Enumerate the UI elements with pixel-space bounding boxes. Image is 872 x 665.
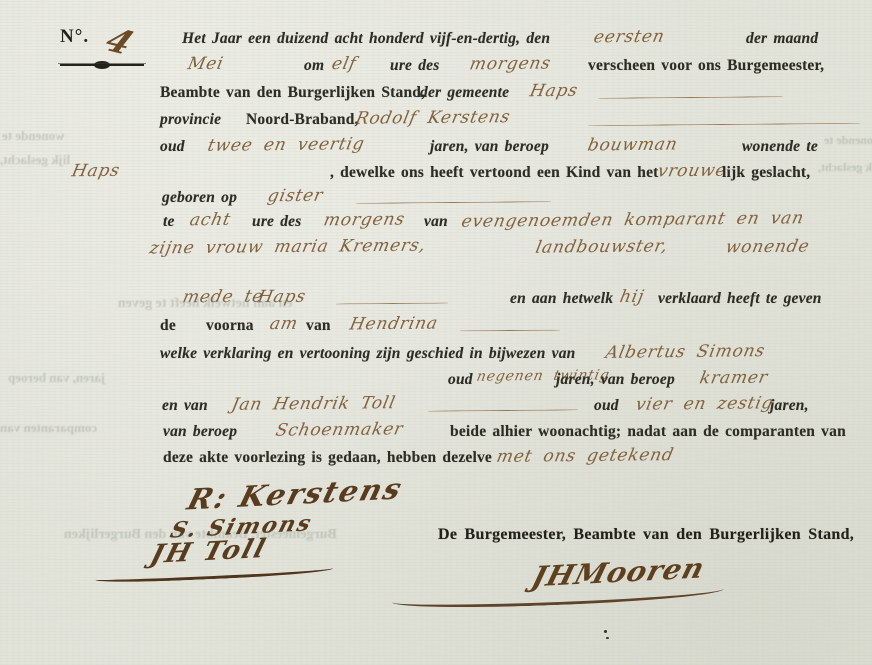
official-title-text: De Burgemeester, Beambte van den Burgerl… (438, 526, 854, 544)
handwritten-entry: Rodolf Kerstens (354, 107, 512, 129)
printed-form-text: Beambte van den Burgerlijken Stand, (160, 84, 425, 102)
act-line-4: provincieNoord-Braband,Rodolf Kerstens (0, 109, 872, 135)
bleed-through-text: wonende te (824, 133, 872, 148)
handwritten-entry: hij (618, 287, 646, 307)
handwritten-entry: evengenoemden komparant en van (460, 208, 806, 232)
printed-form-text: oud (160, 138, 185, 156)
blank-field-rule (336, 303, 448, 305)
printed-form-text: deze akte voorlezing is gedaan, hebben d… (163, 449, 492, 467)
printed-form-text: jaren, van beroep (430, 138, 549, 156)
handwritten-entry: vier en zestig (634, 393, 775, 414)
bleed-through-text: wonende te (2, 128, 64, 144)
printed-form-text: van (424, 213, 448, 231)
bleed-through-text: jaren, van beroep (8, 370, 105, 386)
printed-form-text: welke verklaring en vertooning zijn gesc… (160, 345, 576, 363)
act-line-12: welke verklaring en vertooning zijn gesc… (0, 343, 872, 369)
handwritten-entry: morgens (468, 54, 553, 75)
handwritten-entry: landbouwster, (534, 236, 670, 257)
printed-form-text: der maand (746, 30, 818, 48)
act-line-6: Haps, dewelke ons heeft vertoond een Kin… (0, 162, 872, 188)
act-line-5: oudtwee en veertigjaren, van beroepbouwm… (0, 136, 872, 162)
bleed-through-text: comparanten van (0, 420, 97, 436)
witness-signature-kerstens: R: Kerstens (184, 472, 407, 517)
handwritten-entry: elf (330, 54, 358, 74)
handwritten-entry: Jan Hendrik Toll (230, 393, 398, 415)
act-line-9: zijne vrouw maria Kremers,landbouwster,w… (0, 238, 872, 264)
bleed-through-text: en aan hetwelk heeft te geven (118, 296, 293, 312)
printed-form-text: ure des (252, 213, 301, 231)
act-line-16: deze akte voorlezing is gedaan, hebben d… (0, 447, 872, 473)
handwritten-entry: Hendrina (348, 314, 440, 335)
handwritten-entry: zijne vrouw maria Kremers, (148, 236, 428, 259)
handwritten-entry: Albertus Simons (604, 341, 767, 363)
act-line-14: en vanJan Hendrik Tolloudvier en zestigj… (0, 395, 872, 421)
blank-field-rule (588, 123, 860, 126)
act-line-1: Het Jaar een duizend acht honderd vijf-e… (0, 28, 872, 54)
printed-form-text: Het Jaar een duizend acht honderd vijf-e… (182, 30, 550, 48)
handwritten-entry: vrouwe (656, 161, 729, 182)
blank-field-rule (460, 330, 560, 332)
handwritten-entry: Haps (528, 81, 580, 101)
printed-form-text: oud (448, 371, 473, 389)
blank-field-rule (598, 96, 783, 99)
printed-form-text: der gemeente (420, 84, 509, 102)
printed-form-text: voorna (206, 317, 254, 335)
handwritten-entry: Haps (70, 161, 122, 181)
printed-form-text: verklaard heeft te geven (658, 290, 822, 308)
handwritten-entry: Mei (186, 54, 225, 74)
printed-form-text: jaren, van beroep (556, 371, 675, 389)
printed-form-text: jaren, (770, 397, 809, 415)
printed-form-text: te (163, 213, 175, 231)
handwritten-entry: bouwman (586, 135, 680, 156)
printed-form-text: van beroep (163, 423, 237, 441)
printed-form-text: oud (594, 397, 619, 415)
handwritten-entry: kramer (698, 368, 770, 389)
ink-speck (604, 630, 607, 633)
birth-certificate-scan: N°. 4 Het Jaar een duizend acht honderd … (0, 0, 872, 665)
handwritten-entry: eersten (592, 27, 667, 48)
printed-form-text: wonende te (742, 138, 818, 156)
printed-form-text: en van (162, 397, 208, 415)
printed-form-text: , dewelke ons heeft vertoond een Kind va… (330, 164, 659, 182)
printed-form-text: om (304, 57, 324, 75)
printed-form-text: verscheen voor ons Burgemeester, (588, 57, 824, 75)
witness-signature-toll: JH Toll (147, 534, 270, 570)
printed-form-text: provincie (160, 111, 221, 129)
blank-field-rule (356, 201, 551, 204)
printed-form-text: Noord-Braband, (246, 111, 359, 129)
ink-speck (606, 637, 609, 639)
printed-form-text: geboren op (162, 189, 237, 207)
handwritten-entry: acht (188, 210, 233, 230)
act-line-15: van beroepSchoenmakerbeide alhier woonac… (0, 421, 872, 447)
printed-form-text: beide alhier woonachtig; nadat aan de co… (450, 423, 846, 441)
printed-form-text: lijk geslacht, (722, 164, 810, 182)
bleed-through-text: lijk geslacht, (0, 152, 70, 168)
bleed-through-text: lijk geslacht, (818, 160, 872, 175)
act-line-11: devoornaamvanHendrina (0, 315, 872, 341)
printed-form-text: de (160, 317, 176, 335)
act-line-2: Meiomelfure desmorgensverscheen voor ons… (0, 55, 872, 81)
act-line-3: Beambte van den Burgerlijken Stand,der g… (0, 82, 872, 108)
act-line-8: teachture desmorgensvanevengenoemden kom… (0, 211, 872, 237)
handwritten-entry: met ons getekend (495, 445, 676, 467)
act-line-13: oudnegenen twintigjaren, van beroepkrame… (0, 369, 872, 395)
blank-field-rule (428, 409, 578, 411)
handwritten-entry: morgens (322, 210, 407, 231)
handwritten-entry: Schoenmaker (274, 419, 405, 440)
printed-form-text: van (306, 317, 331, 335)
handwritten-entry: twee en veertig (206, 134, 367, 156)
printed-form-text: en aan hetwelk (510, 290, 613, 308)
printed-form-text: ure des (390, 57, 439, 75)
handwritten-entry: am (268, 314, 300, 334)
handwritten-entry: wonende (724, 237, 812, 258)
handwritten-entry: gister (266, 186, 325, 207)
